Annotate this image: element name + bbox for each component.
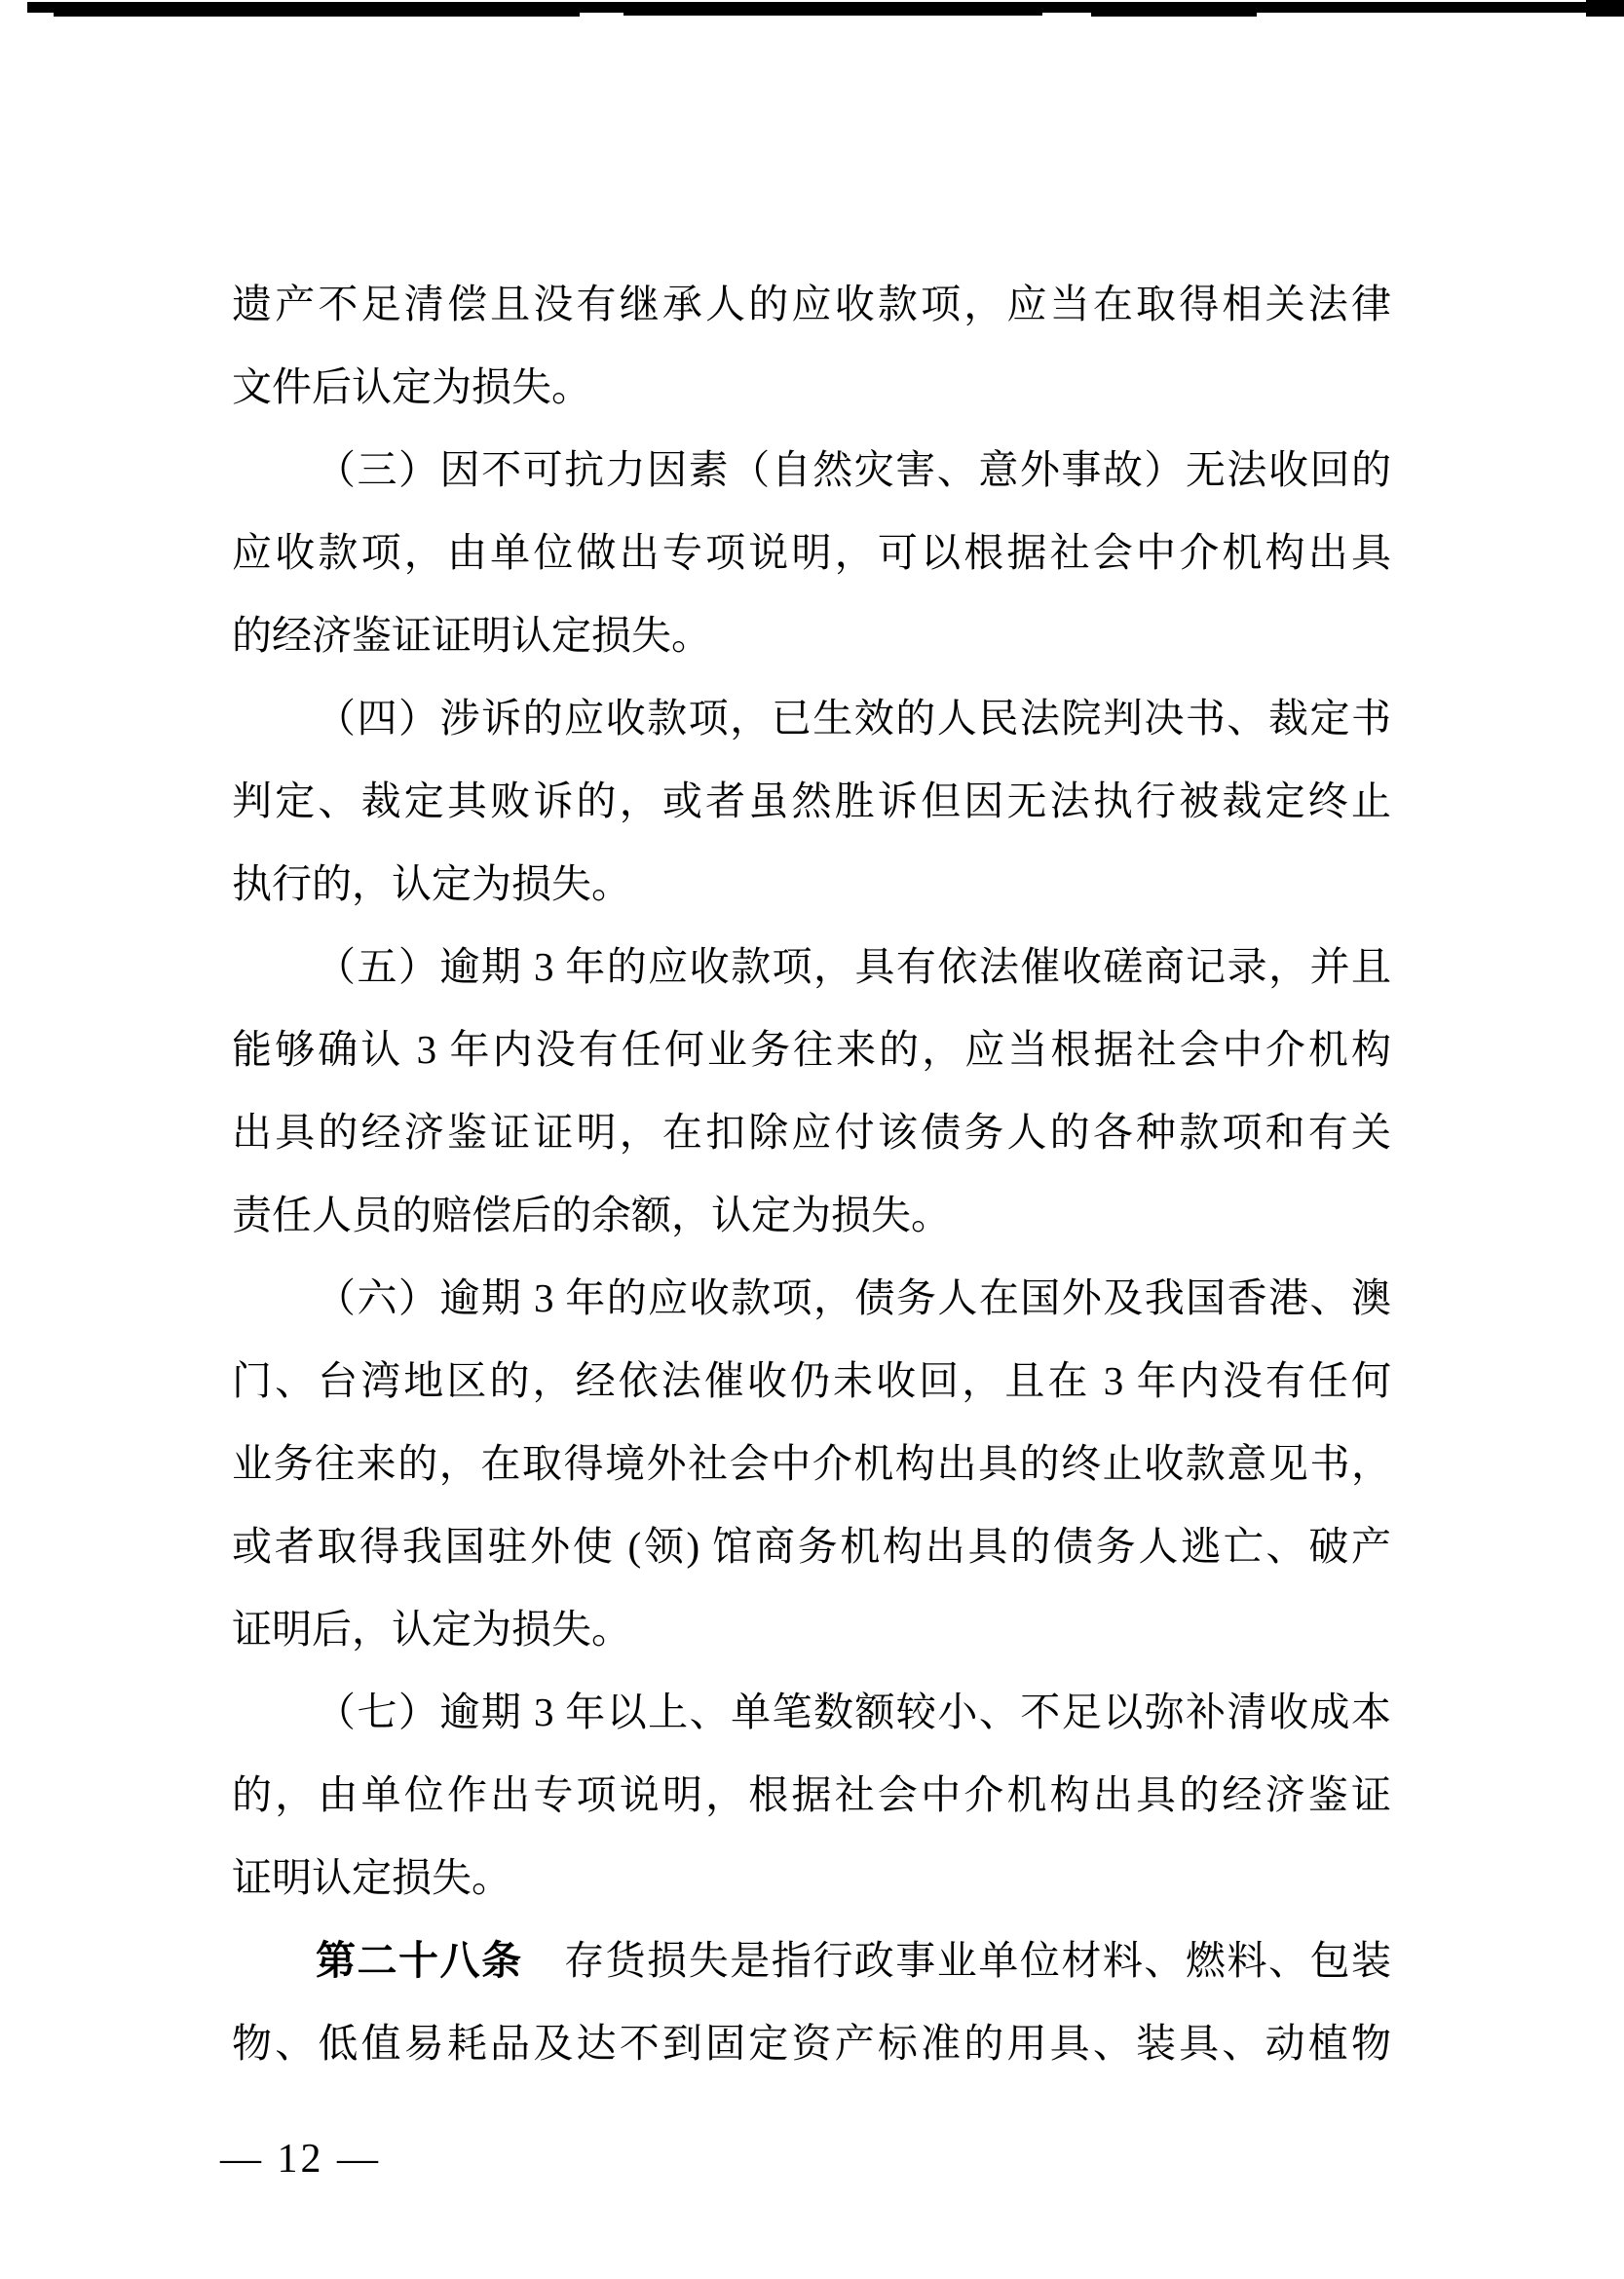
- text-line: 能够确认 3 年内没有任何业务往来的，应当根据社会中介机构: [232, 1008, 1391, 1091]
- text-line: 门、台湾地区的，经依法催收仍未收回，且在 3 年内没有任何: [232, 1340, 1391, 1423]
- text-line: （六）逾期 3 年的应收款项，债务人在国外及我国香港、澳: [232, 1257, 1391, 1340]
- text-line: 业务往来的，在取得境外社会中介机构出具的终止收款意见书，: [232, 1423, 1391, 1505]
- text-line: （四）涉诉的应收款项，已生效的人民法院判决书、裁定书: [232, 677, 1391, 760]
- text-line: 责任人员的赔偿后的余额，认定为损失。: [232, 1174, 1391, 1257]
- text-line: 应收款项，由单位做出专项说明，可以根据社会中介机构出具: [232, 512, 1391, 594]
- text-line: 第二十八条 存货损失是指行政事业单位材料、燃料、包装: [232, 1919, 1391, 2002]
- text-block: 遗产不足清偿且没有继承人的应收款项，应当在取得相关法律文件后认定为损失。（三）因…: [232, 263, 1391, 2085]
- text-line: 出具的经济鉴证证明，在扣除应付该债务人的各种款项和有关: [232, 1091, 1391, 1174]
- text-line: 的经济鉴证证明认定损失。: [232, 594, 1391, 677]
- text-line: 文件后认定为损失。: [232, 346, 1391, 429]
- text-line: 执行的，认定为损失。: [232, 843, 1391, 926]
- text-line: （三）因不可抗力因素（自然灾害、意外事故）无法收回的: [232, 429, 1391, 512]
- text-line: 遗产不足清偿且没有继承人的应收款项，应当在取得相关法律: [232, 263, 1391, 346]
- text-line: 判定、裁定其败诉的，或者虽然胜诉但因无法执行被裁定终止: [232, 760, 1391, 843]
- text-line: 证明认定损失。: [232, 1837, 1391, 1919]
- text-line: 证明后，认定为损失。: [232, 1588, 1391, 1671]
- text-line: 或者取得我国驻外使 (领) 馆商务机构出具的债务人逃亡、破产: [232, 1505, 1391, 1588]
- page-number: — 12 —: [220, 2136, 381, 2183]
- scan-artifact-corner-blob: [1586, 0, 1624, 17]
- text-line: 物、低值易耗品及达不到固定资产标准的用具、装具、动植物: [232, 2002, 1391, 2085]
- document-page: 遗产不足清偿且没有继承人的应收款项，应当在取得相关法律文件后认定为损失。（三）因…: [0, 0, 1624, 2279]
- scan-artifact-streak: [1091, 13, 1257, 17]
- text-line: 的，由单位作出专项说明，根据社会中介机构出具的经济鉴证: [232, 1754, 1391, 1837]
- scan-artifact-streak: [54, 12, 580, 17]
- scan-artifact-streak: [623, 12, 1042, 16]
- article-number-bold: 第二十八条: [316, 1938, 523, 1983]
- text-line: （五）逾期 3 年的应收款项，具有依法催收磋商记录，并且: [232, 926, 1391, 1008]
- text-line: （七）逾期 3 年以上、单笔数额较小、不足以弥补清收成本: [232, 1671, 1391, 1754]
